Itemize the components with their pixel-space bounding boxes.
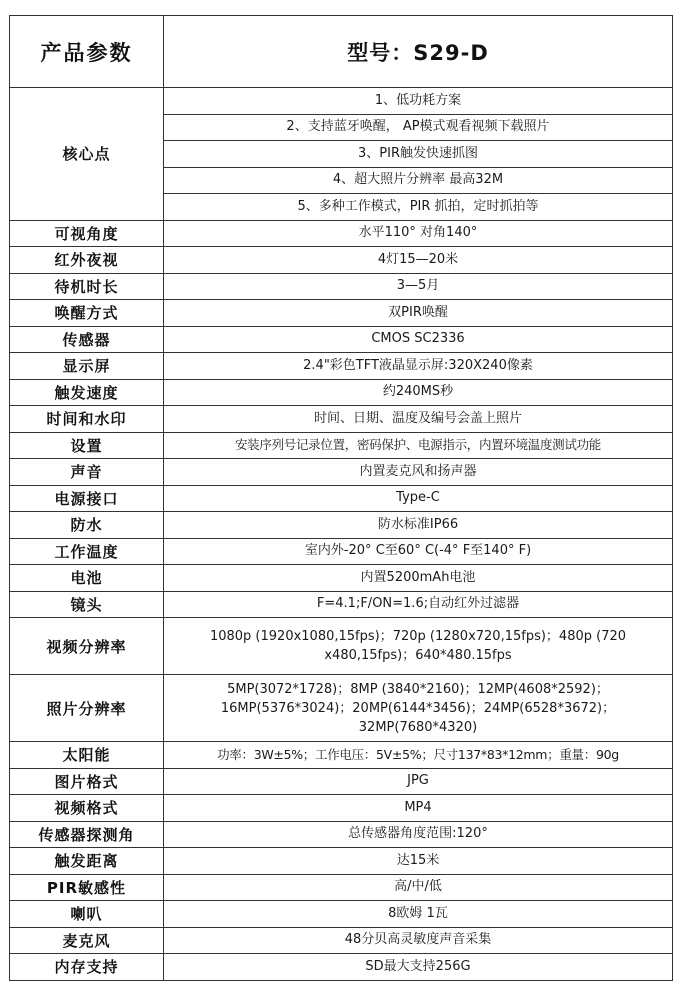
spec-row-night-vision: 红外夜视 4灯15—20米 [10, 247, 673, 274]
header-label: 产品参数 [10, 16, 164, 88]
spec-row-detection-angle: 传感器探测角 总传感器角度范围:120° [10, 821, 673, 848]
spec-row-storage: 内存支持 SD最大支持256G [10, 954, 673, 981]
spec-row-video-format: 视频格式 MP4 [10, 795, 673, 822]
spec-row-trigger-distance: 触发距离 达15米 [10, 848, 673, 875]
spec-label: 防水 [10, 512, 164, 539]
spec-label: 喇叭 [10, 901, 164, 928]
spec-value: 3—5月 [164, 273, 673, 300]
spec-label: 可视角度 [10, 220, 164, 247]
spec-value: MP4 [164, 795, 673, 822]
spec-value: 4灯15—20米 [164, 247, 673, 274]
spec-value: 水平110° 对角140° [164, 220, 673, 247]
spec-row-display: 显示屏 2.4"彩色TFT液晶显示屏:320X240像素 [10, 353, 673, 380]
spec-label: 时间和水印 [10, 406, 164, 433]
spec-label: 唤醒方式 [10, 300, 164, 327]
spec-row-standby: 待机时长 3—5月 [10, 273, 673, 300]
spec-label: 麦克风 [10, 927, 164, 954]
spec-row-solar: 太阳能 功率：3W±5%；工作电压：5V±5%；尺寸137*83*12mm；重量… [10, 742, 673, 769]
spec-label: 触发速度 [10, 379, 164, 406]
spec-value: SD最大支持256G [164, 954, 673, 981]
core-point: 1、低功耗方案 [164, 88, 673, 115]
spec-row-timestamp: 时间和水印 时间、日期、温度及编号会盖上照片 [10, 406, 673, 433]
spec-value: 2.4"彩色TFT液晶显示屏:320X240像素 [164, 353, 673, 380]
spec-row-speaker: 喇叭 8欧姆 1瓦 [10, 901, 673, 928]
spec-row-pir-sensitivity: PIR敏感性 高/中/低 [10, 874, 673, 901]
spec-row-battery: 电池 内置5200mAh电池 [10, 565, 673, 592]
spec-label: 传感器探测角 [10, 821, 164, 848]
spec-value: CMOS SC2336 [164, 326, 673, 353]
spec-label: 红外夜视 [10, 247, 164, 274]
spec-value: 约240MS秒 [164, 379, 673, 406]
spec-label: 内存支持 [10, 954, 164, 981]
spec-value: 时间、日期、温度及编号会盖上照片 [164, 406, 673, 433]
spec-value: 达15米 [164, 848, 673, 875]
spec-value: 内置5200mAh电池 [164, 565, 673, 592]
spec-label: 传感器 [10, 326, 164, 353]
spec-row-microphone: 麦克风 48分贝高灵敏度声音采集 [10, 927, 673, 954]
spec-value: 防水标准IP66 [164, 512, 673, 539]
spec-row-waterproof: 防水 防水标准IP66 [10, 512, 673, 539]
spec-row-power-port: 电源接口 Type-C [10, 485, 673, 512]
spec-row-image-format: 图片格式 JPG [10, 768, 673, 795]
header-row: 产品参数 型号：S29-D [10, 16, 673, 88]
product-spec-table: 产品参数 型号：S29-D 核心点 1、低功耗方案 2、支持蓝牙唤醒， AP模式… [9, 15, 673, 981]
spec-label: 视频分辨率 [10, 618, 164, 675]
spec-row-audio: 声音 内置麦克风和扬声器 [10, 459, 673, 486]
spec-label: PIR敏感性 [10, 874, 164, 901]
spec-value: 双PIR唤醒 [164, 300, 673, 327]
spec-label: 声音 [10, 459, 164, 486]
core-point: 2、支持蓝牙唤醒， AP模式观看视频下载照片 [164, 114, 673, 141]
spec-label: 显示屏 [10, 353, 164, 380]
spec-value: 48分贝高灵敏度声音采集 [164, 927, 673, 954]
spec-value: 5MP(3072*1728)；8MP (3840*2160)；12MP(4608… [164, 675, 673, 742]
spec-label: 太阳能 [10, 742, 164, 769]
spec-label: 待机时长 [10, 273, 164, 300]
core-point: 5、多种工作模式，PIR 抓拍，定时抓拍等 [164, 194, 673, 221]
spec-value: 安装序列号记录位置，密码保护、电源指示，内置环境温度测试功能 [164, 432, 673, 459]
spec-label: 电源接口 [10, 485, 164, 512]
core-point: 3、PIR触发快速抓图 [164, 141, 673, 168]
spec-value: 高/中/低 [164, 874, 673, 901]
spec-label: 图片格式 [10, 768, 164, 795]
spec-label: 电池 [10, 565, 164, 592]
spec-value: 功率：3W±5%；工作电压：5V±5%；尺寸137*83*12mm；重量：90g [164, 742, 673, 769]
spec-row-trigger-speed: 触发速度 约240MS秒 [10, 379, 673, 406]
core-row: 核心点 1、低功耗方案 [10, 88, 673, 115]
spec-value: F=4.1;F/ON=1.6;自动红外过滤器 [164, 591, 673, 618]
spec-value: 8欧姆 1瓦 [164, 901, 673, 928]
spec-row-sensor: 传感器 CMOS SC2336 [10, 326, 673, 353]
core-label: 核心点 [10, 88, 164, 221]
spec-row-lens: 镜头 F=4.1;F/ON=1.6;自动红外过滤器 [10, 591, 673, 618]
model-number: 型号：S29-D [164, 16, 673, 88]
spec-row-video-resolution: 视频分辨率 1080p (1920x1080,15fps)；720p (1280… [10, 618, 673, 675]
spec-label: 设置 [10, 432, 164, 459]
spec-row-wake-mode: 唤醒方式 双PIR唤醒 [10, 300, 673, 327]
spec-value: Type-C [164, 485, 673, 512]
spec-label: 镜头 [10, 591, 164, 618]
spec-label: 照片分辨率 [10, 675, 164, 742]
spec-value: JPG [164, 768, 673, 795]
spec-label: 视频格式 [10, 795, 164, 822]
spec-value: 内置麦克风和扬声器 [164, 459, 673, 486]
spec-label: 工作温度 [10, 538, 164, 565]
spec-label: 触发距离 [10, 848, 164, 875]
core-point: 4、超大照片分辨率 最高32M [164, 167, 673, 194]
spec-row-settings: 设置 安装序列号记录位置，密码保护、电源指示，内置环境温度测试功能 [10, 432, 673, 459]
spec-value: 室内外-20° C至60° C(-4° F至140° F) [164, 538, 673, 565]
spec-value: 总传感器角度范围:120° [164, 821, 673, 848]
spec-row-operating-temp: 工作温度 室内外-20° C至60° C(-4° F至140° F) [10, 538, 673, 565]
spec-row-photo-resolution: 照片分辨率 5MP(3072*1728)；8MP (3840*2160)；12M… [10, 675, 673, 742]
spec-value: 1080p (1920x1080,15fps)；720p (1280x720,1… [164, 618, 673, 675]
spec-row-view-angle: 可视角度 水平110° 对角140° [10, 220, 673, 247]
